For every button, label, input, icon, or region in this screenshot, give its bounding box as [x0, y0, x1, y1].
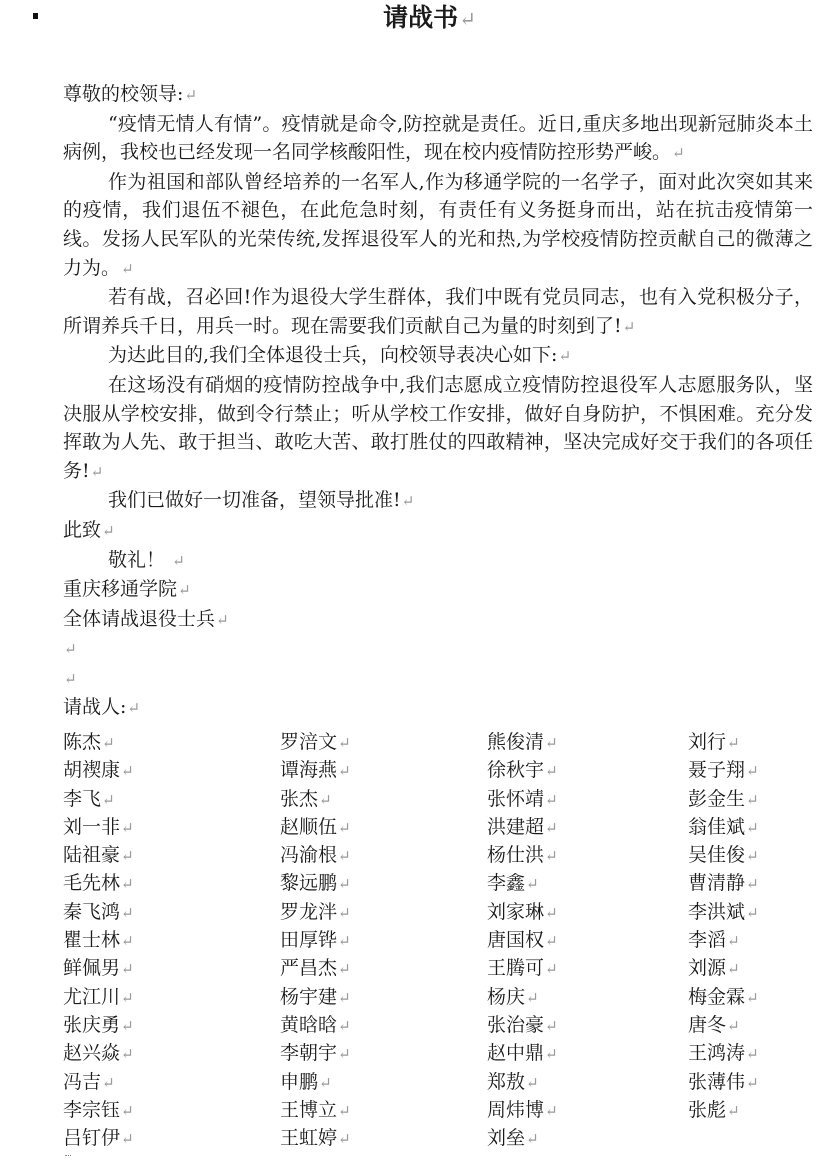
signature-group: 全体请战退役士兵↵	[63, 605, 813, 635]
signer-name: 刘源↵	[688, 954, 823, 982]
paragraph-mark-icon: ↵	[746, 1045, 759, 1063]
paragraph-mark-icon: ↵	[121, 875, 134, 893]
paragraph-mark-icon: ↵	[338, 989, 351, 1007]
paragraph-mark-icon: ↵	[746, 791, 759, 809]
paragraph-mark-icon: ↵	[545, 819, 558, 837]
signer-name: 陆祖豪↵	[63, 841, 280, 869]
paragraph-mark-icon: ↵	[216, 611, 229, 629]
signer-name: 刘家琳↵	[487, 898, 688, 926]
signer-name: 杨仕洪↵	[487, 841, 688, 869]
signer-name-text: 杨仕洪	[487, 844, 544, 866]
signer-name: 谭海燕↵	[280, 756, 487, 784]
signer-name-text: 吴佳俊	[688, 844, 745, 866]
signer-name-text: 冯吉	[63, 1071, 101, 1093]
paragraph-mark-icon: ↵	[121, 847, 134, 865]
signer-name-text: 唐国权	[487, 929, 544, 951]
signer-name: 李滔↵	[688, 926, 823, 954]
signer-name: 王腾可↵	[487, 954, 688, 982]
signer-name: 彭金生↵	[688, 785, 823, 813]
signature-org-text: 重庆移通学院	[63, 578, 177, 600]
paragraph-mark-icon: ↵	[459, 7, 476, 31]
signer-name: 杨庆↵	[487, 983, 688, 1011]
paragraph-mark-icon: ↵	[121, 1102, 134, 1120]
paragraph-mark-icon: ↵	[64, 670, 77, 688]
paragraph-text: 为达此目的,我们全体退役士兵，向校领导表决心如下:	[108, 344, 557, 366]
signer-name-text: 杨宇建	[280, 986, 337, 1008]
paragraph-mark-icon: ↵	[91, 463, 104, 481]
signer-name: 尤江川↵	[63, 983, 280, 1011]
paragraph-mark-icon: ↵	[184, 86, 197, 104]
signer-name-text: 王博立	[280, 1099, 337, 1121]
signer-name-text: 毛先林	[63, 872, 120, 894]
paragraph-mark-icon: ↵	[338, 1130, 351, 1148]
signer-name-text: 徐秋宇	[487, 759, 544, 781]
signer-name: 毛先林↵	[63, 869, 280, 897]
signer-name-text: 陆祖豪	[63, 844, 120, 866]
signer-name: 李朝宇↵	[280, 1039, 487, 1067]
signer-name-text: 罗龙泮	[280, 901, 337, 923]
paragraph-mark-icon: ↵	[338, 734, 351, 752]
paragraph-mark-icon: ↵	[102, 734, 115, 752]
paragraph-mark-icon: ↵	[102, 791, 115, 809]
paragraph-mark-icon: ↵	[727, 932, 740, 950]
signer-name: 秦飞鸿↵	[63, 898, 280, 926]
signer-name: 刘一非↵	[63, 813, 280, 841]
signer-name: 杨宇建↵	[280, 983, 487, 1011]
signature-group-text: 全体请战退役士兵	[63, 608, 215, 630]
paragraph-mark-icon: ↵	[121, 762, 134, 780]
paragraph-mark-icon: ↵	[545, 1102, 558, 1120]
signer-name-text: 瞿士林	[63, 929, 120, 951]
signer-name: 吕钉伊↵	[63, 1124, 280, 1152]
signer-name: 田厚铧↵	[280, 926, 487, 954]
signer-name-text: 王腾可	[487, 957, 544, 979]
signer-name-text: 刘行	[688, 731, 726, 753]
signer-name-text: 唐冬	[688, 1014, 726, 1036]
paragraph-mark-icon: ↵	[319, 791, 332, 809]
signer-name: 胡禊康↵	[63, 756, 280, 784]
paragraph-mark-icon: ↵	[545, 932, 558, 950]
closing-text: 敬礼！	[108, 549, 165, 571]
paragraph-mark-icon: ↵	[746, 847, 759, 865]
signer-name-text: 曹清静	[688, 872, 745, 894]
closing-text: 此致	[63, 519, 101, 541]
signer-name: 黎远鹏↵	[280, 869, 487, 897]
paragraph-mark-icon: ↵	[121, 989, 134, 1007]
signer-name-text: 申鹏	[280, 1071, 318, 1093]
paragraph-text: 若有战，召必回!作为退役大学生群体，我们中既有党员同志，也有入党积极分子，所谓养…	[63, 286, 813, 337]
paragraph-mark-icon: ↵	[121, 932, 134, 950]
paragraph-mark-icon: ↵	[545, 904, 558, 922]
paragraph-3: 若有战，召必回!作为退役大学生群体，我们中既有党员同志，也有入党积极分子，所谓养…	[63, 283, 813, 341]
signer-name: 黄晗晗↵	[280, 1011, 487, 1039]
signer-name: 张庆勇↵	[63, 1011, 280, 1039]
signer-name: 张怀靖↵	[487, 785, 688, 813]
signer-name: 吴佳俊↵	[688, 841, 823, 869]
closing-line-1: 此致↵	[63, 516, 813, 546]
signer-name: 王鸿涛↵	[688, 1039, 823, 1067]
signer-name: 申鹏↵	[280, 1068, 487, 1096]
paragraph-mark-icon: ↵	[338, 1045, 351, 1063]
paragraph-mark-icon: ↵	[338, 904, 351, 922]
signer-name-text: 田厚铧	[280, 929, 337, 951]
signer-name: 张治豪↵	[487, 1011, 688, 1039]
signer-name: 刘行↵	[688, 728, 823, 756]
paragraph-text: 我们已做好一切准备，望领导批准!	[108, 489, 401, 511]
signer-name: 严昌杰↵	[280, 954, 487, 982]
closing-line-2: 敬礼！ ↵	[63, 546, 813, 576]
paragraph-mark-icon: ↵	[127, 699, 140, 717]
signer-name-text: 张彪	[688, 1099, 726, 1121]
signer-name-text: 赵兴焱	[63, 1042, 120, 1064]
paragraph-mark-icon: ↵	[121, 1130, 134, 1148]
empty-line-2: ↵	[63, 664, 813, 694]
paragraph-mark-icon: ↵	[746, 989, 759, 1007]
empty-line-1: ↵	[63, 634, 813, 664]
paragraph-mark-icon: ↵	[545, 734, 558, 752]
signer-name: 唐冬↵	[688, 1011, 823, 1039]
paragraph-mark-icon: ↵	[338, 1102, 351, 1120]
signer-name-text: 翁佳斌	[688, 816, 745, 838]
paragraph-mark-icon: ↵	[672, 144, 685, 162]
signer-name: 刘垒↵	[487, 1124, 688, 1152]
signer-name-text: 吕钉伊	[63, 1127, 120, 1149]
signer-name: 瞿士林↵	[63, 926, 280, 954]
signer-name-text: 刘源	[688, 957, 726, 979]
signer-name: 张杰↵	[280, 785, 487, 813]
signer-name: 罗涪文↵	[280, 728, 487, 756]
paragraph-mark-icon: ↵	[121, 260, 134, 278]
letter-body: 尊敬的校领导:↵ “疫情无情人有情”。疫情就是命令,防控就是责任。近日,重庆多地…	[63, 80, 813, 723]
paragraph-mark-icon: ↵	[338, 932, 351, 950]
paragraph-mark-icon: ↵	[526, 1130, 539, 1148]
paragraph-mark-icon: ↵	[727, 960, 740, 978]
signer-name-text: 杨庆	[487, 986, 525, 1008]
signer-name-text: 张薄伟	[688, 1071, 745, 1093]
signer-name: 王虹婷↵	[280, 1124, 487, 1152]
signer-name-text: 张杰	[280, 788, 318, 810]
paragraph-mark-icon: ↵	[746, 904, 759, 922]
paragraph-mark-icon: ↵	[178, 581, 191, 599]
signer-name: 赵中鼎↵	[487, 1039, 688, 1067]
signer-name-text: 刘垒	[487, 1127, 525, 1149]
signer-name-text: 李洪斌	[688, 901, 745, 923]
paragraph-mark-icon: ↵	[727, 734, 740, 752]
signer-name-text: 罗涪文	[280, 731, 337, 753]
paragraph-mark-icon: ↵	[558, 347, 571, 365]
paragraph-mark-icon: ↵	[545, 1017, 558, 1035]
paragraph-mark-icon: ↵	[121, 1045, 134, 1063]
signer-name	[688, 1124, 823, 1152]
signer-name: 赵兴焱↵	[63, 1039, 280, 1067]
paragraph-mark-icon: ↵	[623, 318, 636, 336]
paragraph-text: “疫情无情人有情”。疫情就是命令,防控就是责任。近日,重庆多地出现新冠肺炎本土病…	[63, 113, 813, 164]
paragraph-mark-icon: ↵	[338, 875, 351, 893]
signer-name-text: 彭金生	[688, 788, 745, 810]
salutation-text: 尊敬的校领导:	[63, 83, 183, 105]
signer-name-text: 梅金霖	[688, 986, 745, 1008]
signer-name: 唐国权↵	[487, 926, 688, 954]
signers-label-text: 请战人:	[63, 696, 126, 718]
signer-name-text: 胡禊康	[63, 759, 120, 781]
paragraph-4: 为达此目的,我们全体退役士兵，向校领导表决心如下:↵	[63, 341, 813, 371]
signer-name-text: 黎远鹏	[280, 872, 337, 894]
signer-name: 罗龙泮↵	[280, 898, 487, 926]
paragraph-mark-icon: ↵	[746, 1074, 759, 1092]
paragraph-mark-icon: ↵	[172, 552, 185, 570]
paragraph-mark-icon: ↵	[526, 1074, 539, 1092]
paragraph-mark-icon: ↵	[526, 875, 539, 893]
document-page: 请战书↵ 尊敬的校领导:↵ “疫情无情人有情”。疫情就是命令,防控就是责任。近日…	[0, 0, 837, 1163]
signer-name: 李鑫↵	[487, 869, 688, 897]
paragraph-mark-icon: ↵	[102, 522, 115, 540]
signer-name-text: 李飞	[63, 788, 101, 810]
signer-name-text: 尤江川	[63, 986, 120, 1008]
signer-name-text: 鲜佩男	[63, 957, 120, 979]
signer-name: 王博立↵	[280, 1096, 487, 1124]
paragraph-mark-icon: ↵	[121, 960, 134, 978]
signer-name: 张彪↵	[688, 1096, 823, 1124]
signer-name: 冯渝根↵	[280, 841, 487, 869]
signer-name-text: 郑敖	[487, 1071, 525, 1093]
signer-name-text: 洪建超	[487, 816, 544, 838]
trailing-mark	[65, 1155, 71, 1159]
signer-name-text: 熊俊清	[487, 731, 544, 753]
paragraph-mark-icon: ↵	[746, 819, 759, 837]
paragraph-mark-icon: ↵	[746, 875, 759, 893]
paragraph-2: 作为祖国和部队曾经培养的一名军人,作为移通学院的一名学子，面对此次突如其来的疫情…	[63, 168, 813, 283]
signer-name: 李宗钰↵	[63, 1096, 280, 1124]
signer-name: 梅金霖↵	[688, 983, 823, 1011]
paragraph-mark-icon: ↵	[727, 1102, 740, 1120]
signer-name: 赵顺伍↵	[280, 813, 487, 841]
signer-name-text: 李鑫	[487, 872, 525, 894]
signer-name-text: 王虹婷	[280, 1127, 337, 1149]
paragraph-mark-icon: ↵	[545, 762, 558, 780]
paragraph-mark-icon: ↵	[526, 989, 539, 1007]
signer-name-text: 刘家琳	[487, 901, 544, 923]
signer-name: 翁佳斌↵	[688, 813, 823, 841]
signer-name-text: 刘一非	[63, 816, 120, 838]
paragraph-mark-icon: ↵	[121, 904, 134, 922]
signature-org: 重庆移通学院↵	[63, 575, 813, 605]
signer-name: 鲜佩男↵	[63, 954, 280, 982]
signer-name: 曹清静↵	[688, 869, 823, 897]
signer-name: 冯吉↵	[63, 1068, 280, 1096]
salutation: 尊敬的校领导:↵	[63, 80, 813, 110]
signer-name-text: 张庆勇	[63, 1014, 120, 1036]
signer-name-text: 王鸿涛	[688, 1042, 745, 1064]
paragraph-mark-icon: ↵	[338, 762, 351, 780]
signer-name-text: 李朝宇	[280, 1042, 337, 1064]
paragraph-text: 在这场没有硝烟的疫情防控战争中,我们志愿成立疫情防控退役军人志愿服务队，坚决服从…	[63, 374, 813, 482]
signer-name: 聂子翔↵	[688, 756, 823, 784]
paragraph-text: 作为祖国和部队曾经培养的一名军人,作为移通学院的一名学子，面对此次突如其来的疫情…	[63, 171, 813, 279]
paragraph-mark-icon: ↵	[319, 1074, 332, 1092]
paragraph-mark-icon: ↵	[545, 847, 558, 865]
signer-name-text: 李宗钰	[63, 1099, 120, 1121]
signers-label: 请战人:↵	[63, 693, 813, 723]
signer-name: 张薄伟↵	[688, 1068, 823, 1096]
signer-name-text: 聂子翔	[688, 759, 745, 781]
paragraph-mark-icon: ↵	[102, 1074, 115, 1092]
signer-name-text: 黄晗晗	[280, 1014, 337, 1036]
signer-name-text: 赵中鼎	[487, 1042, 544, 1064]
signer-name-text: 秦飞鸿	[63, 901, 120, 923]
signer-name-text: 谭海燕	[280, 759, 337, 781]
signer-name: 李飞↵	[63, 785, 280, 813]
paragraph-mark-icon: ↵	[338, 1017, 351, 1035]
paragraph-mark-icon: ↵	[746, 762, 759, 780]
signer-name-text: 李滔	[688, 929, 726, 951]
paragraph-mark-icon: ↵	[121, 1017, 134, 1035]
paragraph-mark-icon: ↵	[338, 960, 351, 978]
paragraph-mark-icon: ↵	[545, 960, 558, 978]
signer-name: 郑敖↵	[487, 1068, 688, 1096]
signer-name: 徐秋宇↵	[487, 756, 688, 784]
paragraph-mark-icon: ↵	[121, 819, 134, 837]
paragraph-mark-icon: ↵	[727, 1017, 740, 1035]
paragraph-1: “疫情无情人有情”。疫情就是命令,防控就是责任。近日,重庆多地出现新冠肺炎本土病…	[63, 110, 813, 168]
signers-grid: 陈杰↵罗涪文↵熊俊清↵刘行↵胡禊康↵谭海燕↵徐秋宇↵聂子翔↵李飞↵张杰↵张怀靖↵…	[63, 728, 823, 1152]
document-title: 请战书↵	[0, 0, 837, 37]
paragraph-mark-icon: ↵	[545, 1045, 558, 1063]
signer-name: 周炜博↵	[487, 1096, 688, 1124]
paragraph-mark-icon: ↵	[64, 640, 77, 658]
signer-name-text: 陈杰	[63, 731, 101, 753]
signer-name-text: 张治豪	[487, 1014, 544, 1036]
signer-name-text: 冯渝根	[280, 844, 337, 866]
signer-name-text: 赵顺伍	[280, 816, 337, 838]
paragraph-mark-icon: ↵	[402, 492, 415, 510]
signer-name: 洪建超↵	[487, 813, 688, 841]
paragraph-mark-icon: ↵	[545, 791, 558, 809]
signer-name-text: 周炜博	[487, 1099, 544, 1121]
signer-name: 熊俊清↵	[487, 728, 688, 756]
signer-name-text: 严昌杰	[280, 957, 337, 979]
signer-name: 李洪斌↵	[688, 898, 823, 926]
paragraph-5: 在这场没有硝烟的疫情防控战争中,我们志愿成立疫情防控退役军人志愿服务队，坚决服从…	[63, 371, 813, 486]
paragraph-mark-icon: ↵	[338, 819, 351, 837]
paragraph-6: 我们已做好一切准备，望领导批准!↵	[63, 486, 813, 516]
signer-name-text: 张怀靖	[487, 788, 544, 810]
signer-name: 陈杰↵	[63, 728, 280, 756]
title-text: 请战书	[383, 3, 458, 32]
paragraph-mark-icon: ↵	[338, 847, 351, 865]
